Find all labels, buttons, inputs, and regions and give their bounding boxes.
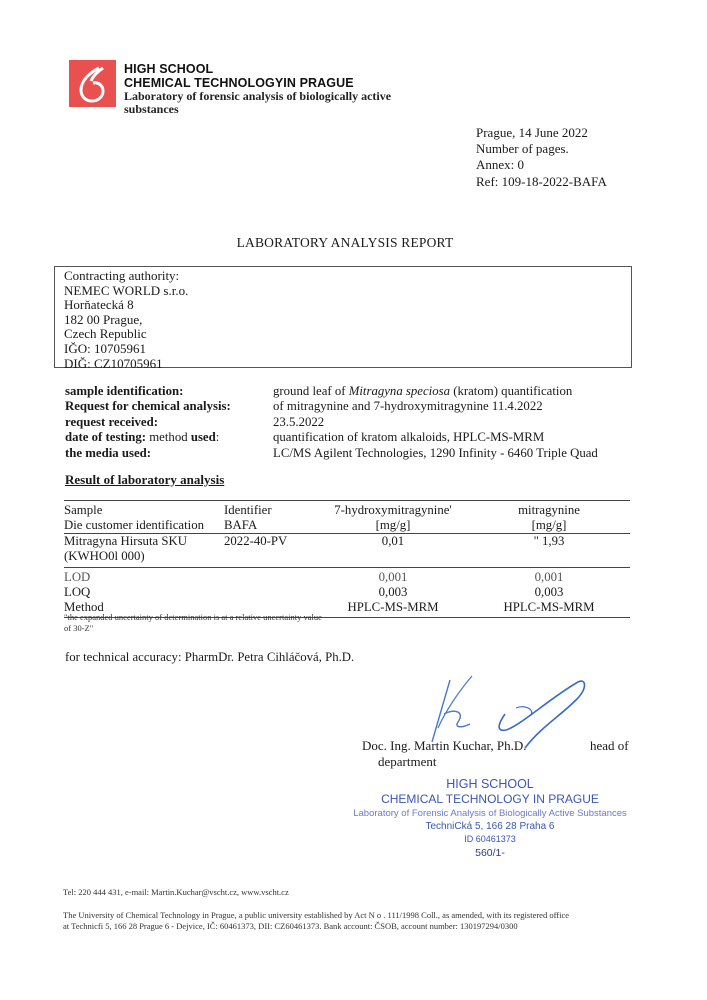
- institution-name-2: CHEMICAL TECHNOLOGYIN PRAGUE: [124, 76, 391, 90]
- technical-accuracy: for technical accuracy: PharmDr. Petra C…: [65, 650, 354, 665]
- document-meta: Prague, 14 June 2022 Number of pages. An…: [476, 125, 607, 190]
- reference: Ref: 109-18-2022-BAFA: [476, 174, 607, 190]
- info-label: Request for chemical analysis:: [65, 399, 273, 414]
- info-label: date of testing: method used:: [65, 430, 273, 445]
- authority-line: DIĞ: CZ10705961: [64, 357, 631, 372]
- info-value: quantification of kratom alkaloids, HPLC…: [273, 430, 544, 445]
- letterhead: HIGH SCHOOL CHEMICAL TECHNOLOGYIN PRAGUE…: [124, 62, 391, 116]
- info-row: the media used: LC/MS Agilent Technologi…: [65, 446, 598, 461]
- info-value: ground leaf of Mitragyna speciosa (krato…: [273, 384, 572, 399]
- table-row: (KWHO0l 000): [64, 549, 630, 567]
- footer-legal: The University of Chemical Technology in…: [63, 910, 569, 932]
- signatory-name: Doc. Ing. Martin Kuchar, Ph.D.: [362, 738, 526, 754]
- info-row: request received: 23.5.2022: [65, 415, 598, 430]
- authority-line: IĞO: 10705961: [64, 342, 631, 357]
- report-title: LABORATORY ANALYSIS REPORT: [0, 235, 690, 251]
- institution-logo: [69, 60, 116, 107]
- authority-line: Contracting authority:: [64, 269, 631, 284]
- flask-drop-icon: [69, 60, 116, 107]
- authority-line: Horňatecká 8: [64, 298, 631, 313]
- authority-line: Czech Republic: [64, 327, 631, 342]
- results-table: Sample Identifier 7-hydroxymitragynine' …: [64, 500, 630, 618]
- uncertainty-note: "the expanded uncertainty of determinati…: [64, 612, 324, 634]
- annex: Annex: 0: [476, 157, 607, 173]
- place-date: Prague, 14 June 2022: [476, 125, 607, 141]
- info-row: Request for chemical analysis: of mitrag…: [65, 399, 598, 414]
- table-row-lod: LOD 0,001 0,001: [64, 568, 630, 585]
- table-header-row: Die customer identification BAFA [mg/g] …: [64, 518, 630, 533]
- sample-info: sample identification: ground leaf of Mi…: [65, 384, 598, 461]
- info-row: sample identification: ground leaf of Mi…: [65, 384, 598, 399]
- info-row: date of testing: method used: quantifica…: [65, 430, 598, 445]
- info-label: request received:: [65, 415, 273, 430]
- signatory-role-cont: department: [362, 754, 526, 770]
- info-value: LC/MS Agilent Technologies, 1290 Infinit…: [273, 446, 598, 461]
- footer-contact: Tel: 220 444 431, e-mail: Martin.Kuchar@…: [63, 887, 289, 897]
- table-header-row: Sample Identifier 7-hydroxymitragynine' …: [64, 501, 630, 518]
- info-label: sample identification:: [65, 384, 273, 399]
- lab-name-2: substances: [124, 103, 391, 116]
- signatory-role: head of: [590, 738, 629, 754]
- info-label: the media used:: [65, 446, 273, 461]
- table-row-loq: LOQ 0,003 0,003: [64, 585, 630, 600]
- results-heading: Result of laboratory analysis: [65, 472, 224, 488]
- table-row: Mitragyna Hirsuta SKU 2022-40-PV 0,01 " …: [64, 534, 630, 549]
- institution-stamp: HIGH SCHOOL CHEMICAL TECHNOLOGY IN PRAGU…: [340, 777, 640, 860]
- authority-line: NEMEC WORLD s.r.o.: [64, 284, 631, 299]
- info-value: of mitragynine and 7-hydroxymitragynine …: [273, 399, 543, 414]
- info-value: 23.5.2022: [273, 415, 324, 430]
- signatory: Doc. Ing. Martin Kuchar, Ph.D. head of d…: [362, 738, 526, 770]
- page-count: Number of pages.: [476, 141, 607, 157]
- authority-line: 182 00 Prague,: [64, 313, 631, 328]
- contracting-authority-box: Contracting authority: NEMEC WORLD s.r.o…: [54, 266, 632, 368]
- institution-name-1: HIGH SCHOOL: [124, 62, 391, 76]
